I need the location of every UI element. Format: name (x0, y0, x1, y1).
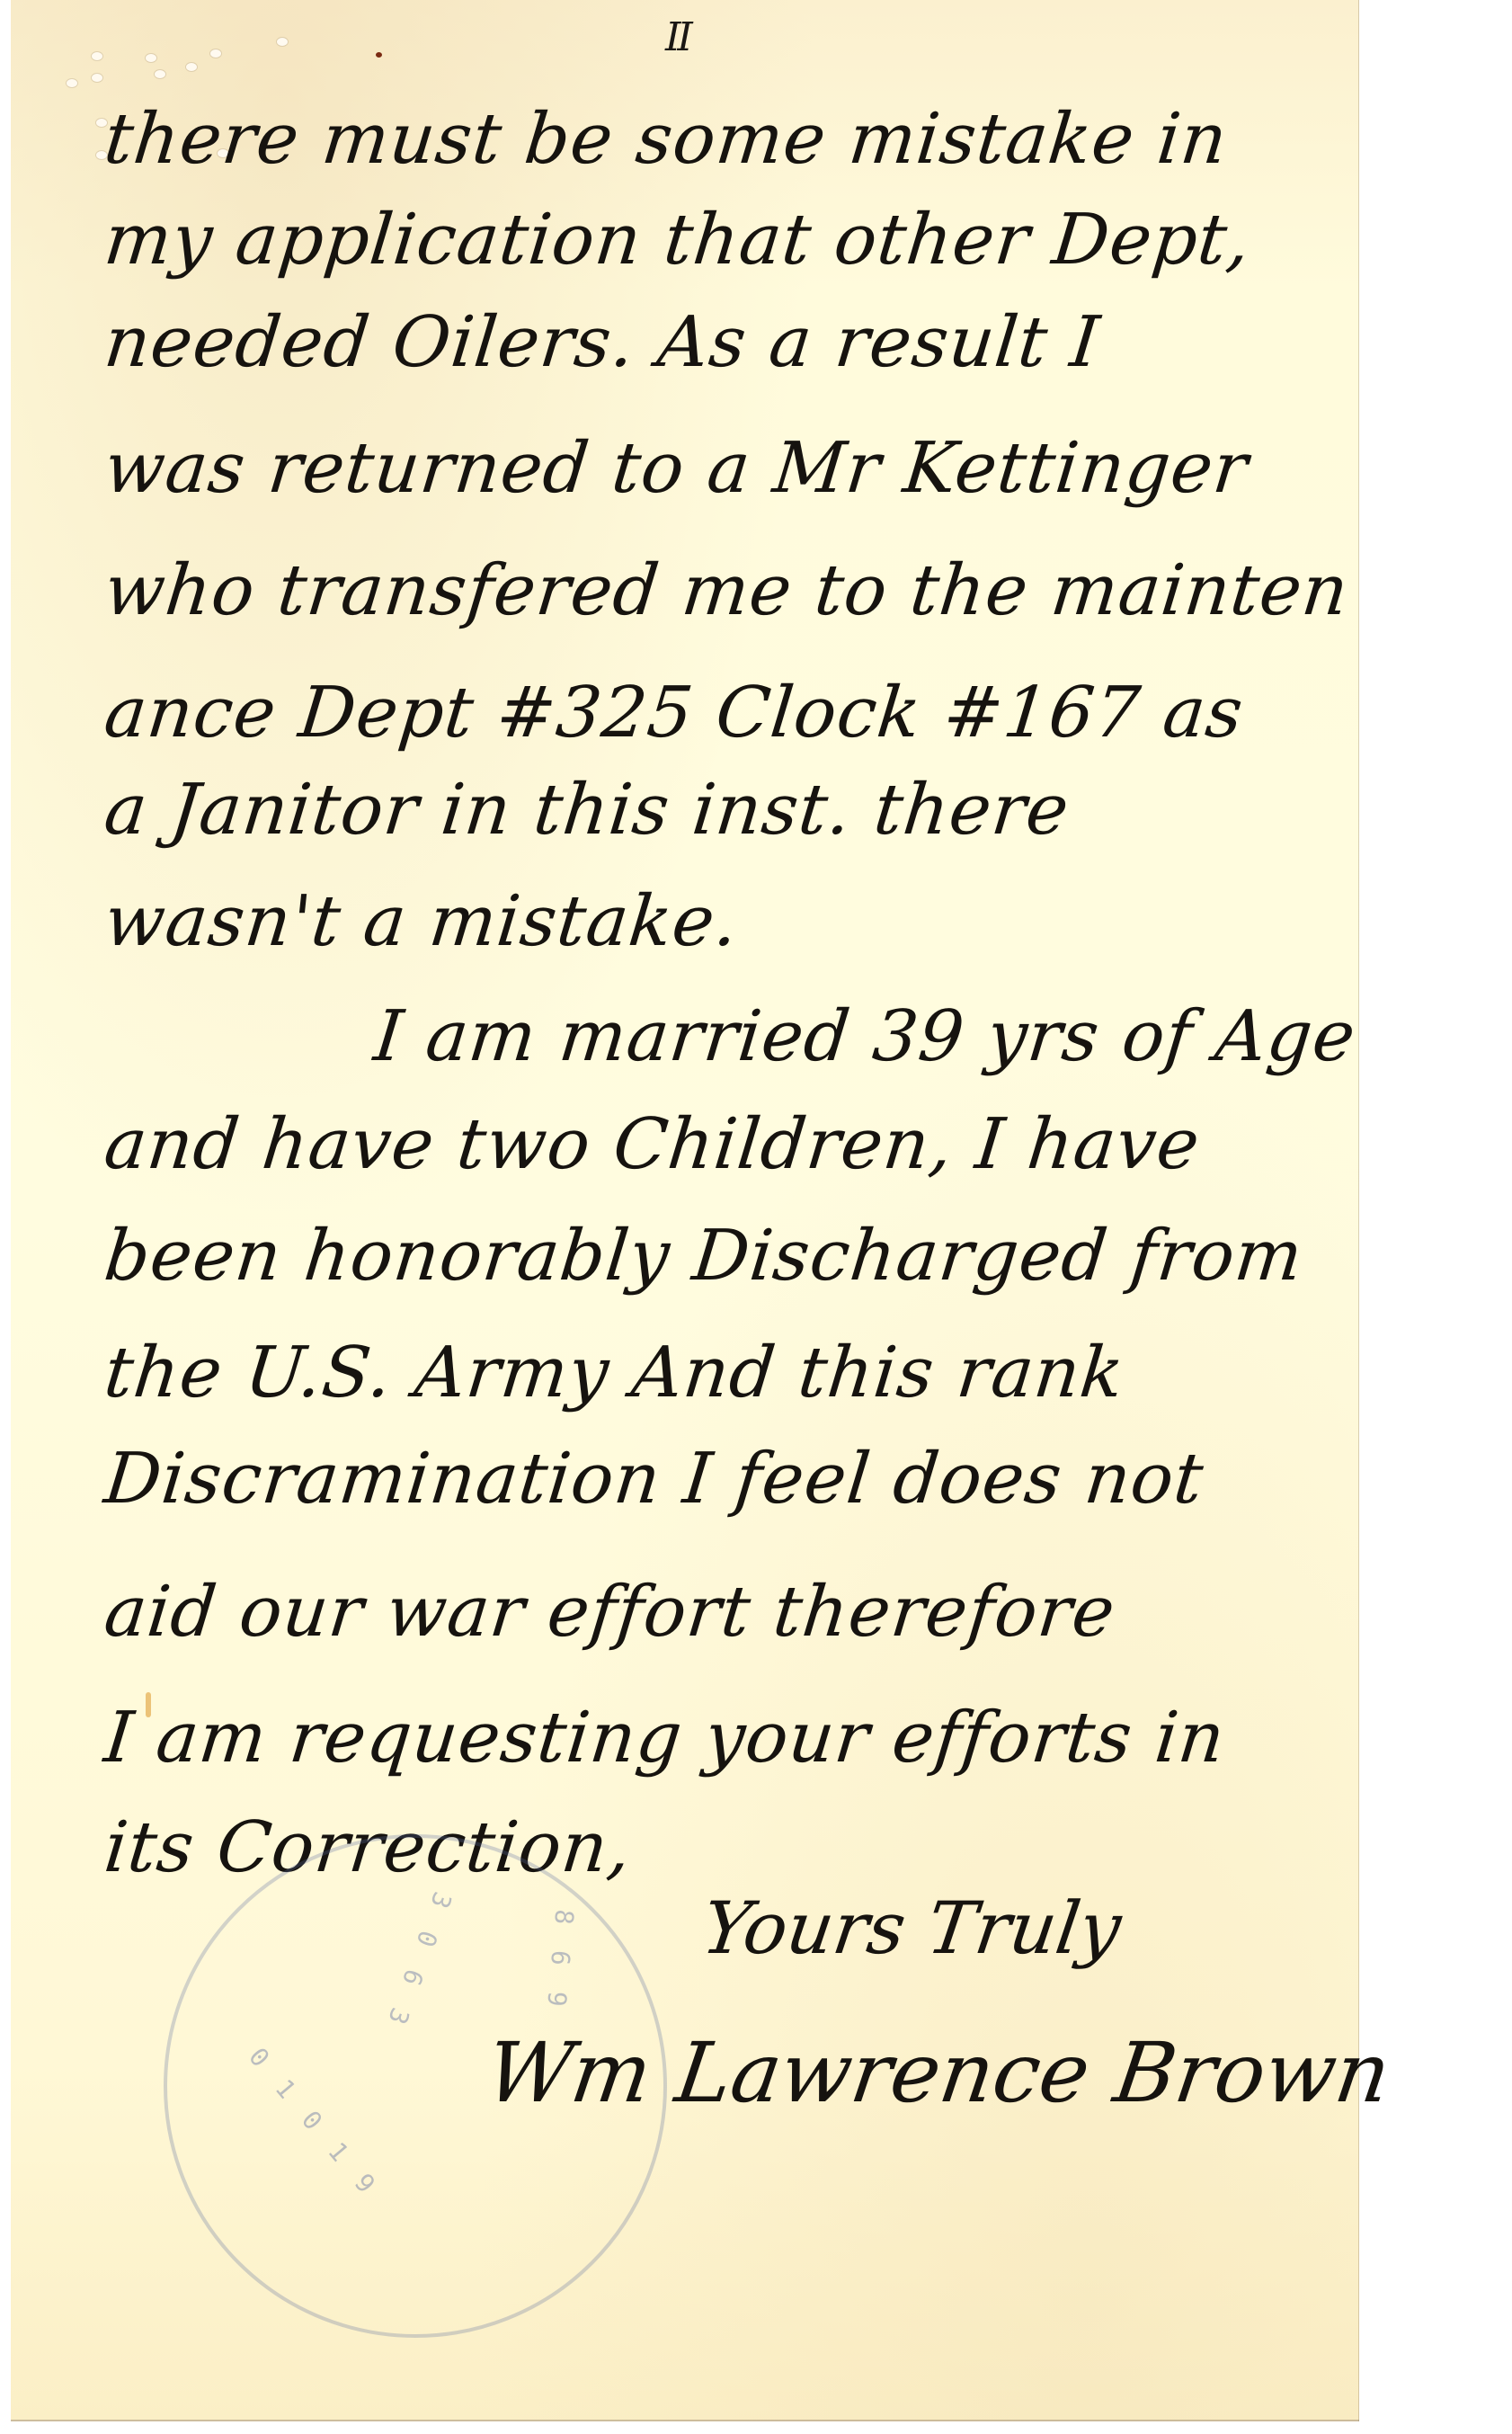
punch-mark (186, 63, 197, 71)
ink-spot (376, 52, 382, 58)
letter-line: wasn't a mistake. (101, 881, 743, 962)
stamp-marks: 3 0 6 3 (380, 1888, 458, 2034)
signature: Wm Lawrence Brown (480, 2025, 1396, 2121)
punch-mark (67, 79, 77, 87)
stamp-marks: 8 6 9 (541, 1908, 580, 2013)
letter-line: aid our war effort therefore (101, 1572, 1119, 1653)
rust-stain (146, 1692, 151, 1717)
letter-line: needed Oilers. As a result I (101, 302, 1104, 383)
letter-line: ance Dept #325 Clock #167 as (101, 673, 1248, 753)
punch-mark (92, 74, 102, 82)
letter-line: was returned to a Mr Kettinger (101, 428, 1252, 509)
punch-mark (146, 54, 156, 62)
page-number: II (665, 14, 689, 60)
punch-mark (277, 38, 288, 46)
stamp-marks: 0 1 0 1 9 (243, 2042, 385, 2203)
letter-line: the U.S. Army And this rank (101, 1333, 1128, 1413)
punch-mark (155, 70, 165, 78)
letter-line: been honorably Discharged from (101, 1216, 1307, 1297)
letter-line: a Janitor in this inst. there (101, 770, 1073, 851)
letter-page: II there must be some mistake in my appl… (11, 0, 1359, 2421)
letter-line: I am married 39 yrs of Age (370, 996, 1359, 1077)
closing: Yours Truly (697, 1886, 1125, 1970)
letter-line: and have two Children, I have (101, 1104, 1204, 1185)
letter-line: Discramination I feel does not (101, 1439, 1207, 1520)
punch-mark (210, 49, 221, 58)
letter-line: I am requesting your efforts in (101, 1698, 1229, 1779)
letter-line: who transfered me to the mainten (101, 550, 1353, 631)
letter-line: my application that other Dept, (101, 200, 1255, 281)
punch-mark (92, 52, 102, 60)
punch-mark (96, 119, 107, 127)
letter-line: there must be some mistake in (101, 99, 1232, 180)
